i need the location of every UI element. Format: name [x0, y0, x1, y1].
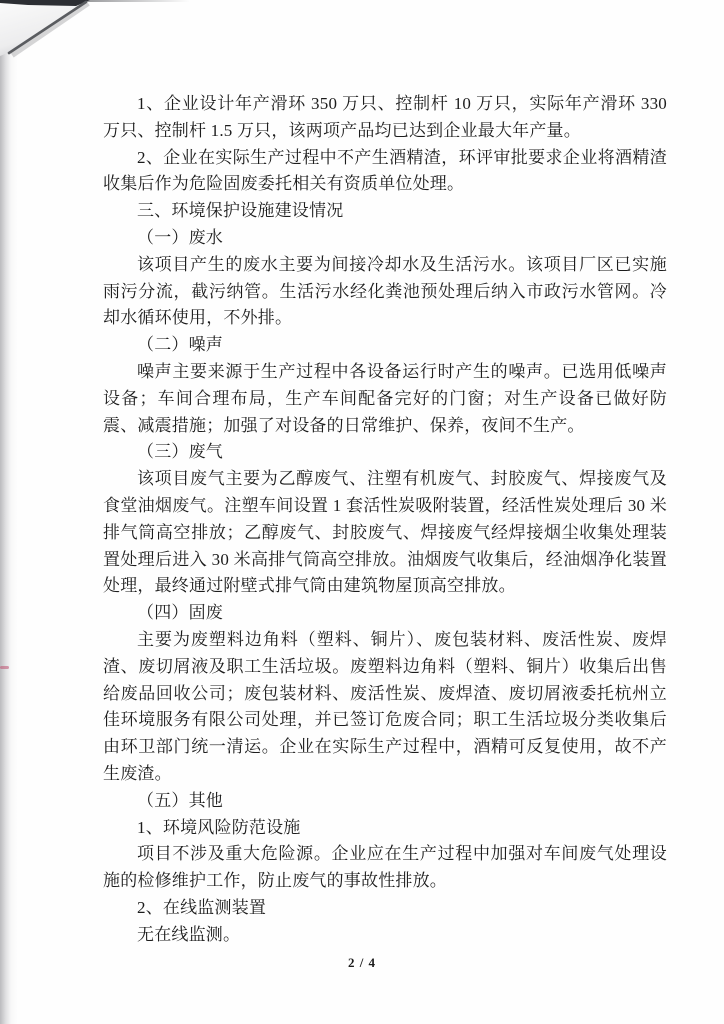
para-noise: 噪声主要来源于生产过程中各设备运行时产生的噪声。已选用低噪声设备；车间合理布局，…	[103, 359, 667, 439]
para-waste-gas: 该项目废气主要为乙醇废气、注塑有机废气、封胶废气、焊接废气及食堂油烟废气。注塑车…	[103, 466, 667, 600]
document-body: 1、企业设计年产滑环 350 万只、控制杆 10 万只，实际年产滑环 330 万…	[0, 0, 724, 949]
page-number: 2 / 4	[0, 955, 724, 971]
heading-section-three: 三、环境保护设施建设情况	[103, 198, 667, 225]
heading-waste-gas: （三）废气	[103, 439, 667, 466]
heading-noise: （二）噪声	[103, 332, 667, 359]
para-online-monitoring: 无在线监测。	[103, 922, 667, 949]
scanned-document-page: 1、企业设计年产滑环 350 万只、控制杆 10 万只，实际年产滑环 330 万…	[0, 0, 724, 1024]
heading-other: （五）其他	[103, 788, 667, 815]
para-wastewater: 该项目产生的废水主要为间接冷却水及生活污水。该项目厂区已实施雨污分流，截污纳管。…	[103, 252, 667, 332]
para-risk-prevention: 项目不涉及重大危险源。企业应在生产过程中加强对车间废气处理设施的检修维护工作，防…	[103, 841, 667, 895]
heading-solid-waste: （四）固废	[103, 600, 667, 627]
para-alcohol-residue: 2、企业在实际生产过程中不产生酒精渣，环评审批要求企业将酒精渣收集后作为危险固废…	[103, 145, 667, 199]
subheading-risk-prevention: 1、环境风险防范设施	[103, 815, 667, 842]
para-solid-waste: 主要为废塑料边角料（塑料、铜片）、废包装材料、废活性炭、废焊渣、废切屑液及职工生…	[103, 627, 667, 788]
heading-wastewater: （一）废水	[103, 225, 667, 252]
para-production-capacity: 1、企业设计年产滑环 350 万只、控制杆 10 万只，实际年产滑环 330 万…	[103, 91, 667, 145]
subheading-online-monitoring: 2、在线监测装置	[103, 895, 667, 922]
